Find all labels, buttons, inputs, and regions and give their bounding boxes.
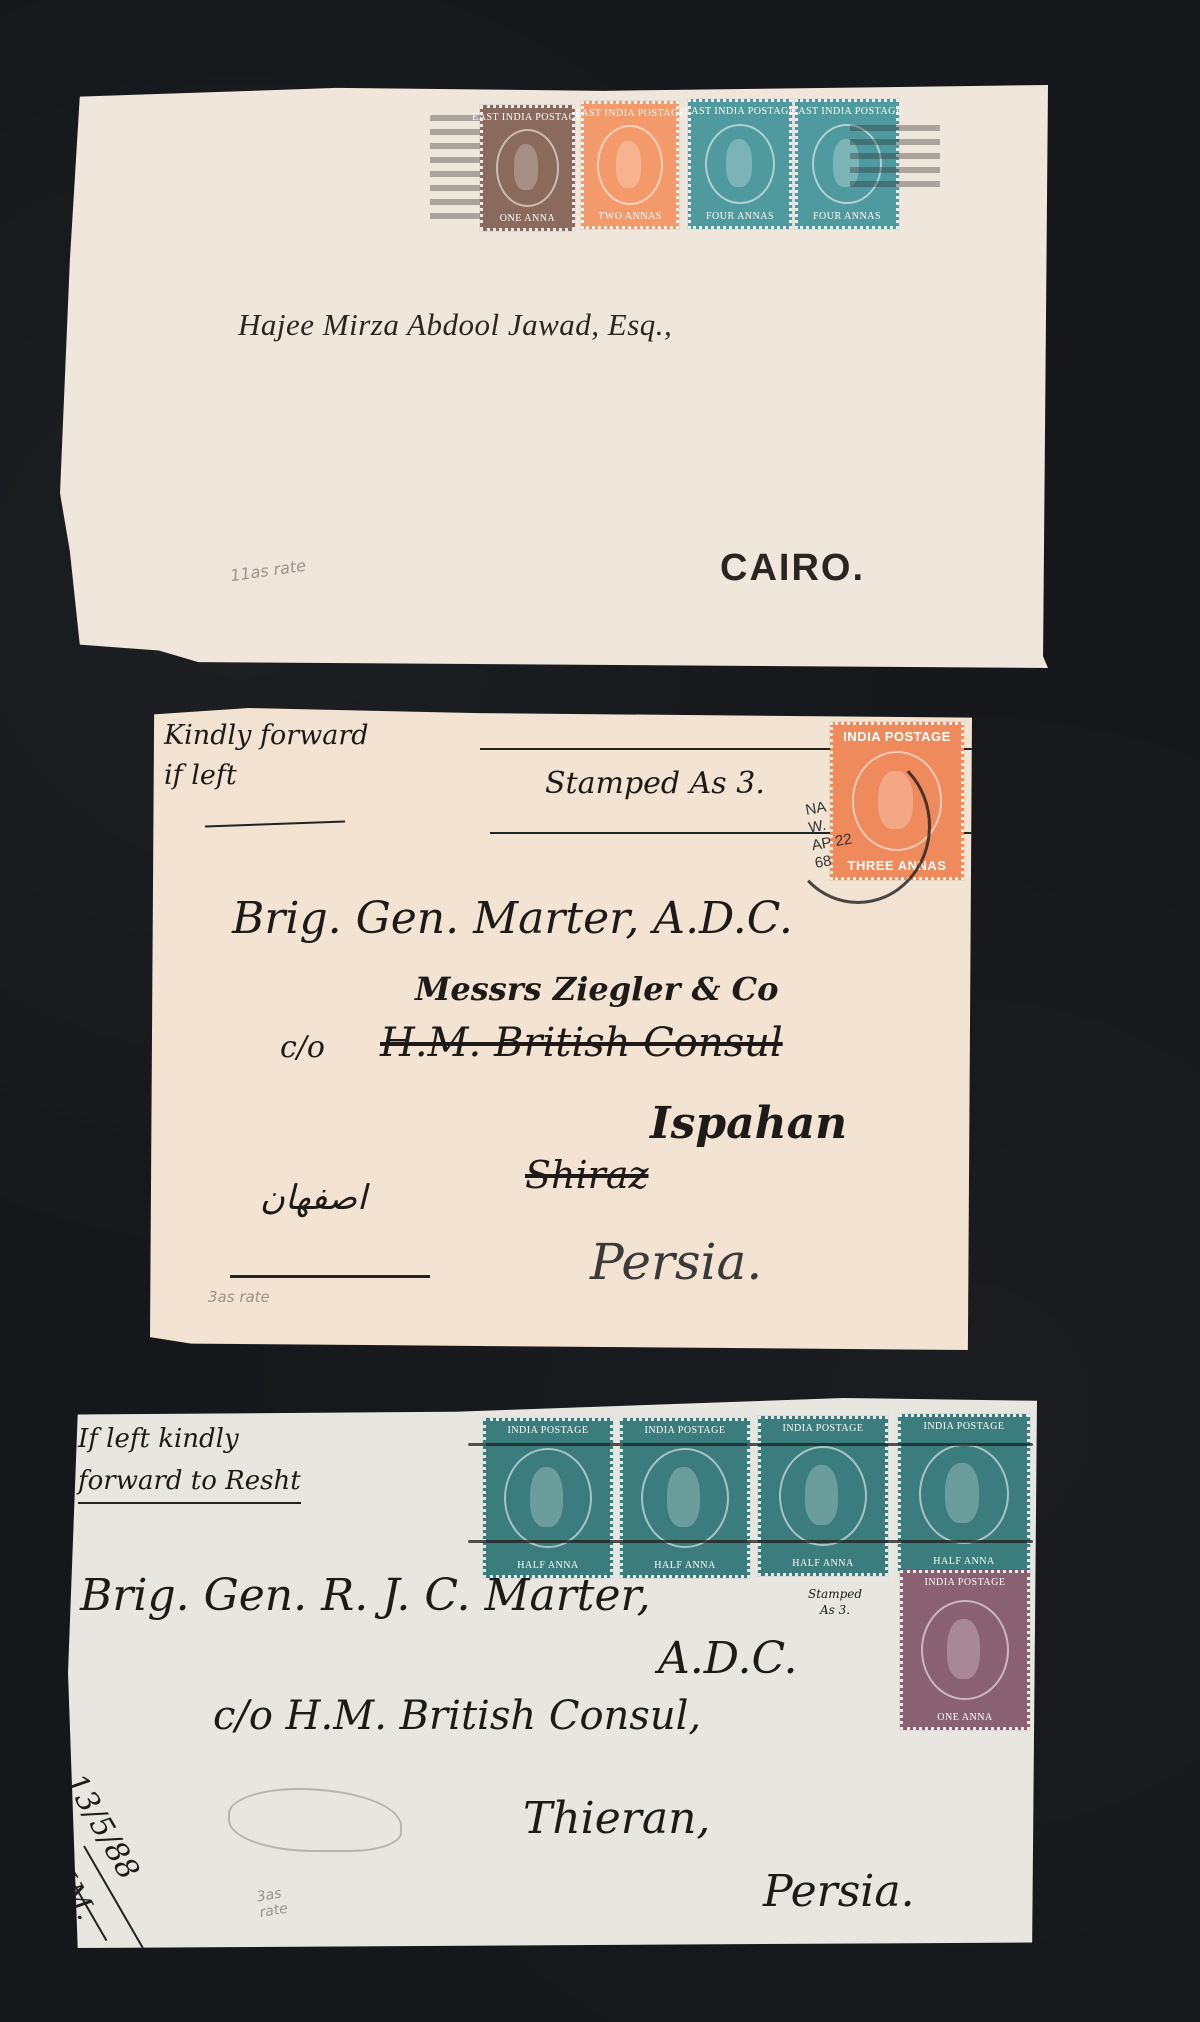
queen-portrait-icon (779, 1446, 867, 1546)
city-thieran: Thieran, (523, 1793, 710, 1844)
duplex-cancel (850, 125, 940, 195)
cover-cairo: EAST INDIA POSTAGE ONE ANNA EAST INDIA P… (60, 85, 1048, 668)
cover-persia-thieran: If left kindly forward to Resht INDIA PO… (68, 1398, 1037, 1948)
queen-portrait-icon (919, 1444, 1008, 1544)
stamp-header: INDIA POSTAGE (508, 1425, 589, 1436)
forwarding-note: Kindly forward if left (164, 716, 369, 796)
stamp-value: TWO ANNAS (598, 211, 662, 222)
stamped-note: Stamped As 3. (545, 766, 765, 801)
bar-cancel (468, 1540, 1033, 1543)
stamp-value: FOUR ANNAS (813, 211, 881, 222)
stamp-one-anna-brown: EAST INDIA POSTAGE ONE ANNA (480, 105, 575, 231)
rate-pencil-note: 3as rate (256, 1883, 301, 1921)
note-line: As 3. (808, 1602, 862, 1618)
stamp-two-annas-orange: EAST INDIA POSTAGE TWO ANNAS (581, 101, 679, 229)
queen-portrait-icon (496, 129, 560, 207)
stamp-header: INDIA POSTAGE (924, 1421, 1005, 1432)
stamp-header: EAST INDIA POSTAGE (792, 106, 903, 117)
note-line: if left (164, 756, 369, 796)
country-persia: Persia. (763, 1866, 915, 1917)
care-of-consul: c/o H.M. British Consul, (213, 1693, 701, 1739)
underline (230, 1275, 430, 1278)
destination-city: CAIRO. (720, 547, 865, 590)
stamped-note: Stamped As 3. (808, 1586, 862, 1618)
addressee-name: Hajee Mirza Abdool Jawad, Esq., (238, 307, 672, 343)
stamp-value: HALF ANNA (792, 1558, 853, 1569)
note-line: Kindly forward (164, 716, 369, 756)
addressee-line: Brig. Gen. Marter, A.D.C. (232, 893, 793, 944)
city-ispahan: Ispahan (650, 1098, 847, 1149)
stamp-header: INDIA POSTAGE (645, 1425, 726, 1436)
persian-city-note: اصفهان (260, 1178, 367, 1218)
addressee-line: Messrs Ziegler & Co (415, 970, 778, 1008)
rate-pencil-note: 11as rate (229, 556, 307, 585)
bar-cancel (468, 1443, 1033, 1446)
rate-pencil-note: 3as rate (208, 1288, 270, 1306)
stamp-value: HALF ANNA (654, 1560, 715, 1571)
stamp-half-anna-green: INDIA POSTAGE HALF ANNA (620, 1418, 750, 1578)
underline (205, 821, 345, 828)
pencil-scribble (228, 1788, 402, 1852)
struck-city-shiraz: Shiraz (525, 1153, 649, 1197)
stamp-four-annas-green: EAST INDIA POSTAGE FOUR ANNAS (688, 99, 792, 229)
note-line: If left kindly (78, 1418, 301, 1460)
cover-persia-ispahan: Kindly forward if left Stamped As 3. IND… (150, 708, 972, 1350)
stamp-value: ONE ANNA (937, 1712, 992, 1723)
stamp-value: HALF ANNA (933, 1556, 994, 1567)
stamp-one-anna-purple: INDIA POSTAGE ONE ANNA (900, 1570, 1030, 1730)
stamp-half-anna-green: INDIA POSTAGE HALF ANNA (758, 1416, 888, 1576)
stamp-half-anna-green: INDIA POSTAGE HALF ANNA (483, 1418, 613, 1578)
stamp-value: FOUR ANNAS (706, 211, 774, 222)
stamp-value: ONE ANNA (500, 213, 555, 224)
queen-portrait-icon (921, 1600, 1009, 1700)
stamp-header: INDIA POSTAGE (783, 1423, 864, 1434)
forwarding-note: If left kindly forward to Resht (78, 1418, 301, 1504)
queen-portrait-icon (597, 125, 663, 204)
country-persia: Persia. (590, 1233, 762, 1291)
stamp-header: EAST INDIA POSTAGE (472, 112, 583, 123)
addressee-line: A.D.C. (658, 1633, 798, 1684)
stamp-header: EAST INDIA POSTAGE (575, 108, 686, 119)
queen-portrait-icon (705, 124, 775, 205)
note-line: Stamped (808, 1586, 862, 1602)
addressee-line: Brig. Gen. R. J. C. Marter, (80, 1570, 651, 1621)
stamp-header: INDIA POSTAGE (843, 729, 951, 744)
queen-portrait-icon (504, 1448, 592, 1548)
care-of: c/o (280, 1030, 325, 1065)
stamp-half-anna-green: INDIA POSTAGE HALF ANNA (898, 1414, 1030, 1574)
queen-portrait-icon (641, 1448, 729, 1548)
stamp-header: EAST INDIA POSTAGE (685, 106, 796, 117)
struck-consul-line: H.M. British Consul (380, 1020, 783, 1066)
circular-postmark (785, 748, 931, 904)
note-line: forward to Resht (78, 1460, 301, 1504)
stamp-header: INDIA POSTAGE (925, 1577, 1006, 1588)
